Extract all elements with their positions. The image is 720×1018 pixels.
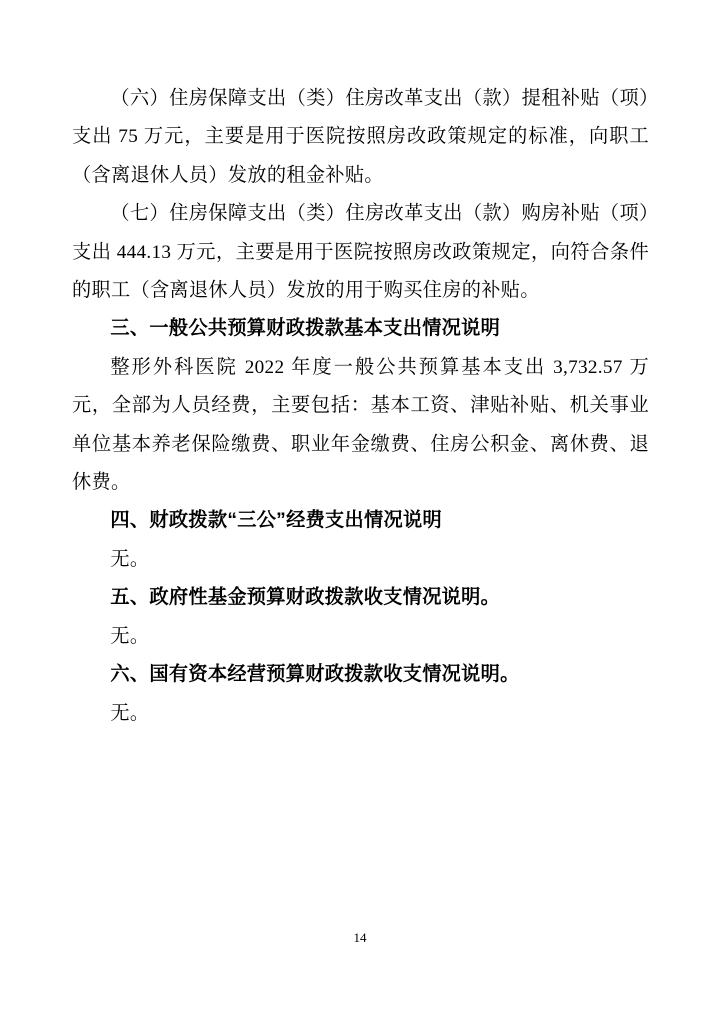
paragraph-none-2: 无。: [72, 618, 649, 656]
document-page: （六）住房保障支出（类）住房改革支出（款）提租补贴（项）支出 75 万元，主要是…: [0, 0, 720, 1018]
section-heading-three-public-funds: 四、财政拨款“三公”经费支出情况说明: [72, 502, 649, 540]
paragraph-none-3: 无。: [72, 695, 649, 733]
page-number: 14: [0, 930, 720, 946]
document-body: （六）住房保障支出（类）住房改革支出（款）提租补贴（项）支出 75 万元，主要是…: [72, 80, 649, 733]
paragraph-basic-expenditure-detail: 整形外科医院 2022 年度一般公共预算基本支出 3,732.57 万元，全部为…: [72, 349, 649, 503]
section-heading-state-capital-budget: 六、国有资本经营预算财政拨款收支情况说明。: [72, 656, 649, 694]
section-heading-basic-expenditure: 三、一般公共预算财政拨款基本支出情况说明: [72, 310, 649, 348]
paragraph-housing-rent-subsidy: （六）住房保障支出（类）住房改革支出（款）提租补贴（项）支出 75 万元，主要是…: [72, 80, 649, 195]
paragraph-none-1: 无。: [72, 541, 649, 579]
paragraph-housing-purchase-subsidy: （七）住房保障支出（类）住房改革支出（款）购房补贴（项）支出 444.13 万元…: [72, 195, 649, 310]
section-heading-government-fund-budget: 五、政府性基金预算财政拨款收支情况说明。: [72, 579, 649, 617]
